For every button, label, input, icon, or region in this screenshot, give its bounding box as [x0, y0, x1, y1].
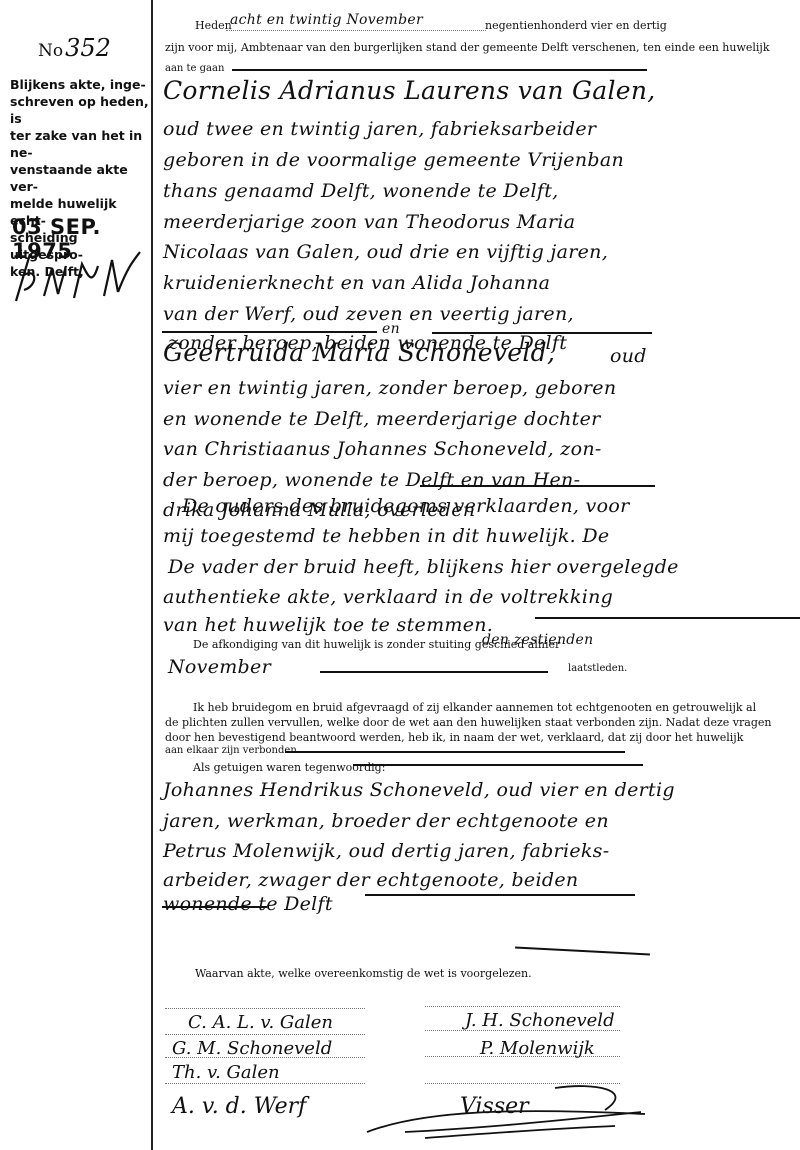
signature: J. H. Schoneveld [465, 1010, 615, 1031]
groom-line: van der Werf, oud zeven en veertig jaren… [163, 303, 574, 325]
groom-name: Cornelis Adrianus Laurens van Galen, [163, 76, 656, 105]
rule [320, 671, 548, 673]
witness-line: Johannes Hendrikus Schoneveld, oud vier … [163, 779, 675, 801]
signature: C. A. L. v. Galen [188, 1012, 333, 1033]
printed-getuigen: Als getuigen waren tegenwoordig: [193, 761, 385, 774]
groom-line: kruidenierknecht en van Alida Johanna [163, 272, 550, 294]
printed-line3: aan te gaan [165, 63, 224, 74]
rule [285, 751, 625, 753]
printed-waarvan: Waarvan akte, welke overeenkomstig de we… [195, 967, 532, 980]
rule [515, 946, 650, 955]
rule [420, 485, 655, 487]
consent-line: van het huwelijk toe te stemmen. [163, 614, 493, 636]
akte-number: No352 [38, 34, 111, 62]
dotted-line [165, 1034, 365, 1035]
groom-line: oud twee en twintig jaren, fabrieksarbei… [163, 118, 596, 140]
consent-line: mij toegestemd te hebben in dit huwelijk… [163, 525, 609, 547]
rule [353, 764, 643, 766]
signature: Th. v. Galen [172, 1062, 280, 1083]
registrar-flourish [365, 1080, 655, 1140]
signature: G. M. Schoneveld [172, 1038, 332, 1059]
groom-line: Nicolaas van Galen, oud drie en vijftig … [163, 241, 608, 263]
consent-line: De vader der bruid heeft, blijkens hier … [168, 556, 679, 578]
bride-name-tail: oud [610, 345, 647, 367]
groom-line: thans genaamd Delft, wonende te Delft, [163, 180, 559, 202]
vows-line: Ik heb bruidegom en bruid afgevraagd of … [193, 701, 756, 714]
afkondiging-month: November [168, 656, 271, 678]
bride-line: der beroep, wonende te Delft en van Hen- [163, 469, 580, 491]
akte-number-value: 352 [65, 34, 111, 62]
margin-divider [151, 0, 153, 1150]
bride-line: vier en twintig jaren, zonder beroep, ge… [163, 377, 616, 399]
dotted-line [165, 1008, 365, 1009]
rule [162, 906, 267, 908]
and-word: en [382, 321, 400, 337]
dotted-line [165, 1083, 365, 1084]
rule [365, 894, 635, 896]
handwritten-date: acht en twintig November [230, 12, 423, 28]
witness-line: arbeider, zwager der echtgenoote, beiden [163, 869, 578, 891]
vows-line: aan elkaar zijn verbonden. [165, 745, 300, 756]
consent-line: De ouders des bruidegoms verklaarden, vo… [182, 495, 629, 517]
bride-name: Geertruida Maria Schoneveld, [163, 338, 555, 367]
dotted-line [425, 1006, 620, 1007]
groom-line: meerderjarige zoon van Theodorus Maria [163, 211, 575, 233]
annotation-line: Blijkens akte, inge- [10, 76, 152, 93]
rule [432, 332, 652, 334]
signature: P. Molenwijk [480, 1038, 595, 1059]
signature: A. v. d. Werf [172, 1094, 306, 1119]
printed-line2: zijn voor mij, Ambtenaar van den burgerl… [165, 41, 770, 54]
annotation-line: ter zake van het in ne- [10, 127, 152, 161]
bride-line: van Christiaanus Johannes Schoneveld, zo… [163, 438, 602, 460]
akte-number-prefix: No [38, 41, 63, 61]
printed-year: negentienhonderd vier en dertig [485, 19, 667, 32]
afkondiging-date: den zestienden [482, 632, 593, 648]
bride-line: en wonende te Delft, meerderjarige docht… [163, 408, 601, 430]
printed-laatstleden: laatstleden. [568, 663, 627, 674]
rule [232, 69, 647, 71]
rule [535, 617, 800, 619]
groom-line: geboren in de voormalige gemeente Vrijen… [163, 149, 624, 171]
margin-column: No352 Blijkens akte, inge- schreven op h… [0, 0, 160, 1150]
witness-line: wonende te Delft [163, 893, 333, 915]
vows-line: door hen bevestigend beantwoord werden, … [165, 731, 743, 744]
witness-line: Petrus Molenwijk, oud dertig jaren, fabr… [163, 840, 609, 862]
annotation-line: venstaande akte ver- [10, 161, 152, 195]
rule [162, 331, 377, 333]
marriage-record: Heden acht en twintig November negentien… [160, 0, 800, 1150]
dotted-line [226, 30, 486, 31]
annotation-line: schreven op heden, is [10, 93, 152, 127]
witness-line: jaren, werkman, broeder der echtgenoote … [163, 810, 609, 832]
consent-line: authentieke akte, verklaard in de voltre… [163, 586, 613, 608]
margin-signature [8, 246, 148, 306]
vows-line: de plichten zullen vervullen, welke door… [165, 716, 771, 729]
